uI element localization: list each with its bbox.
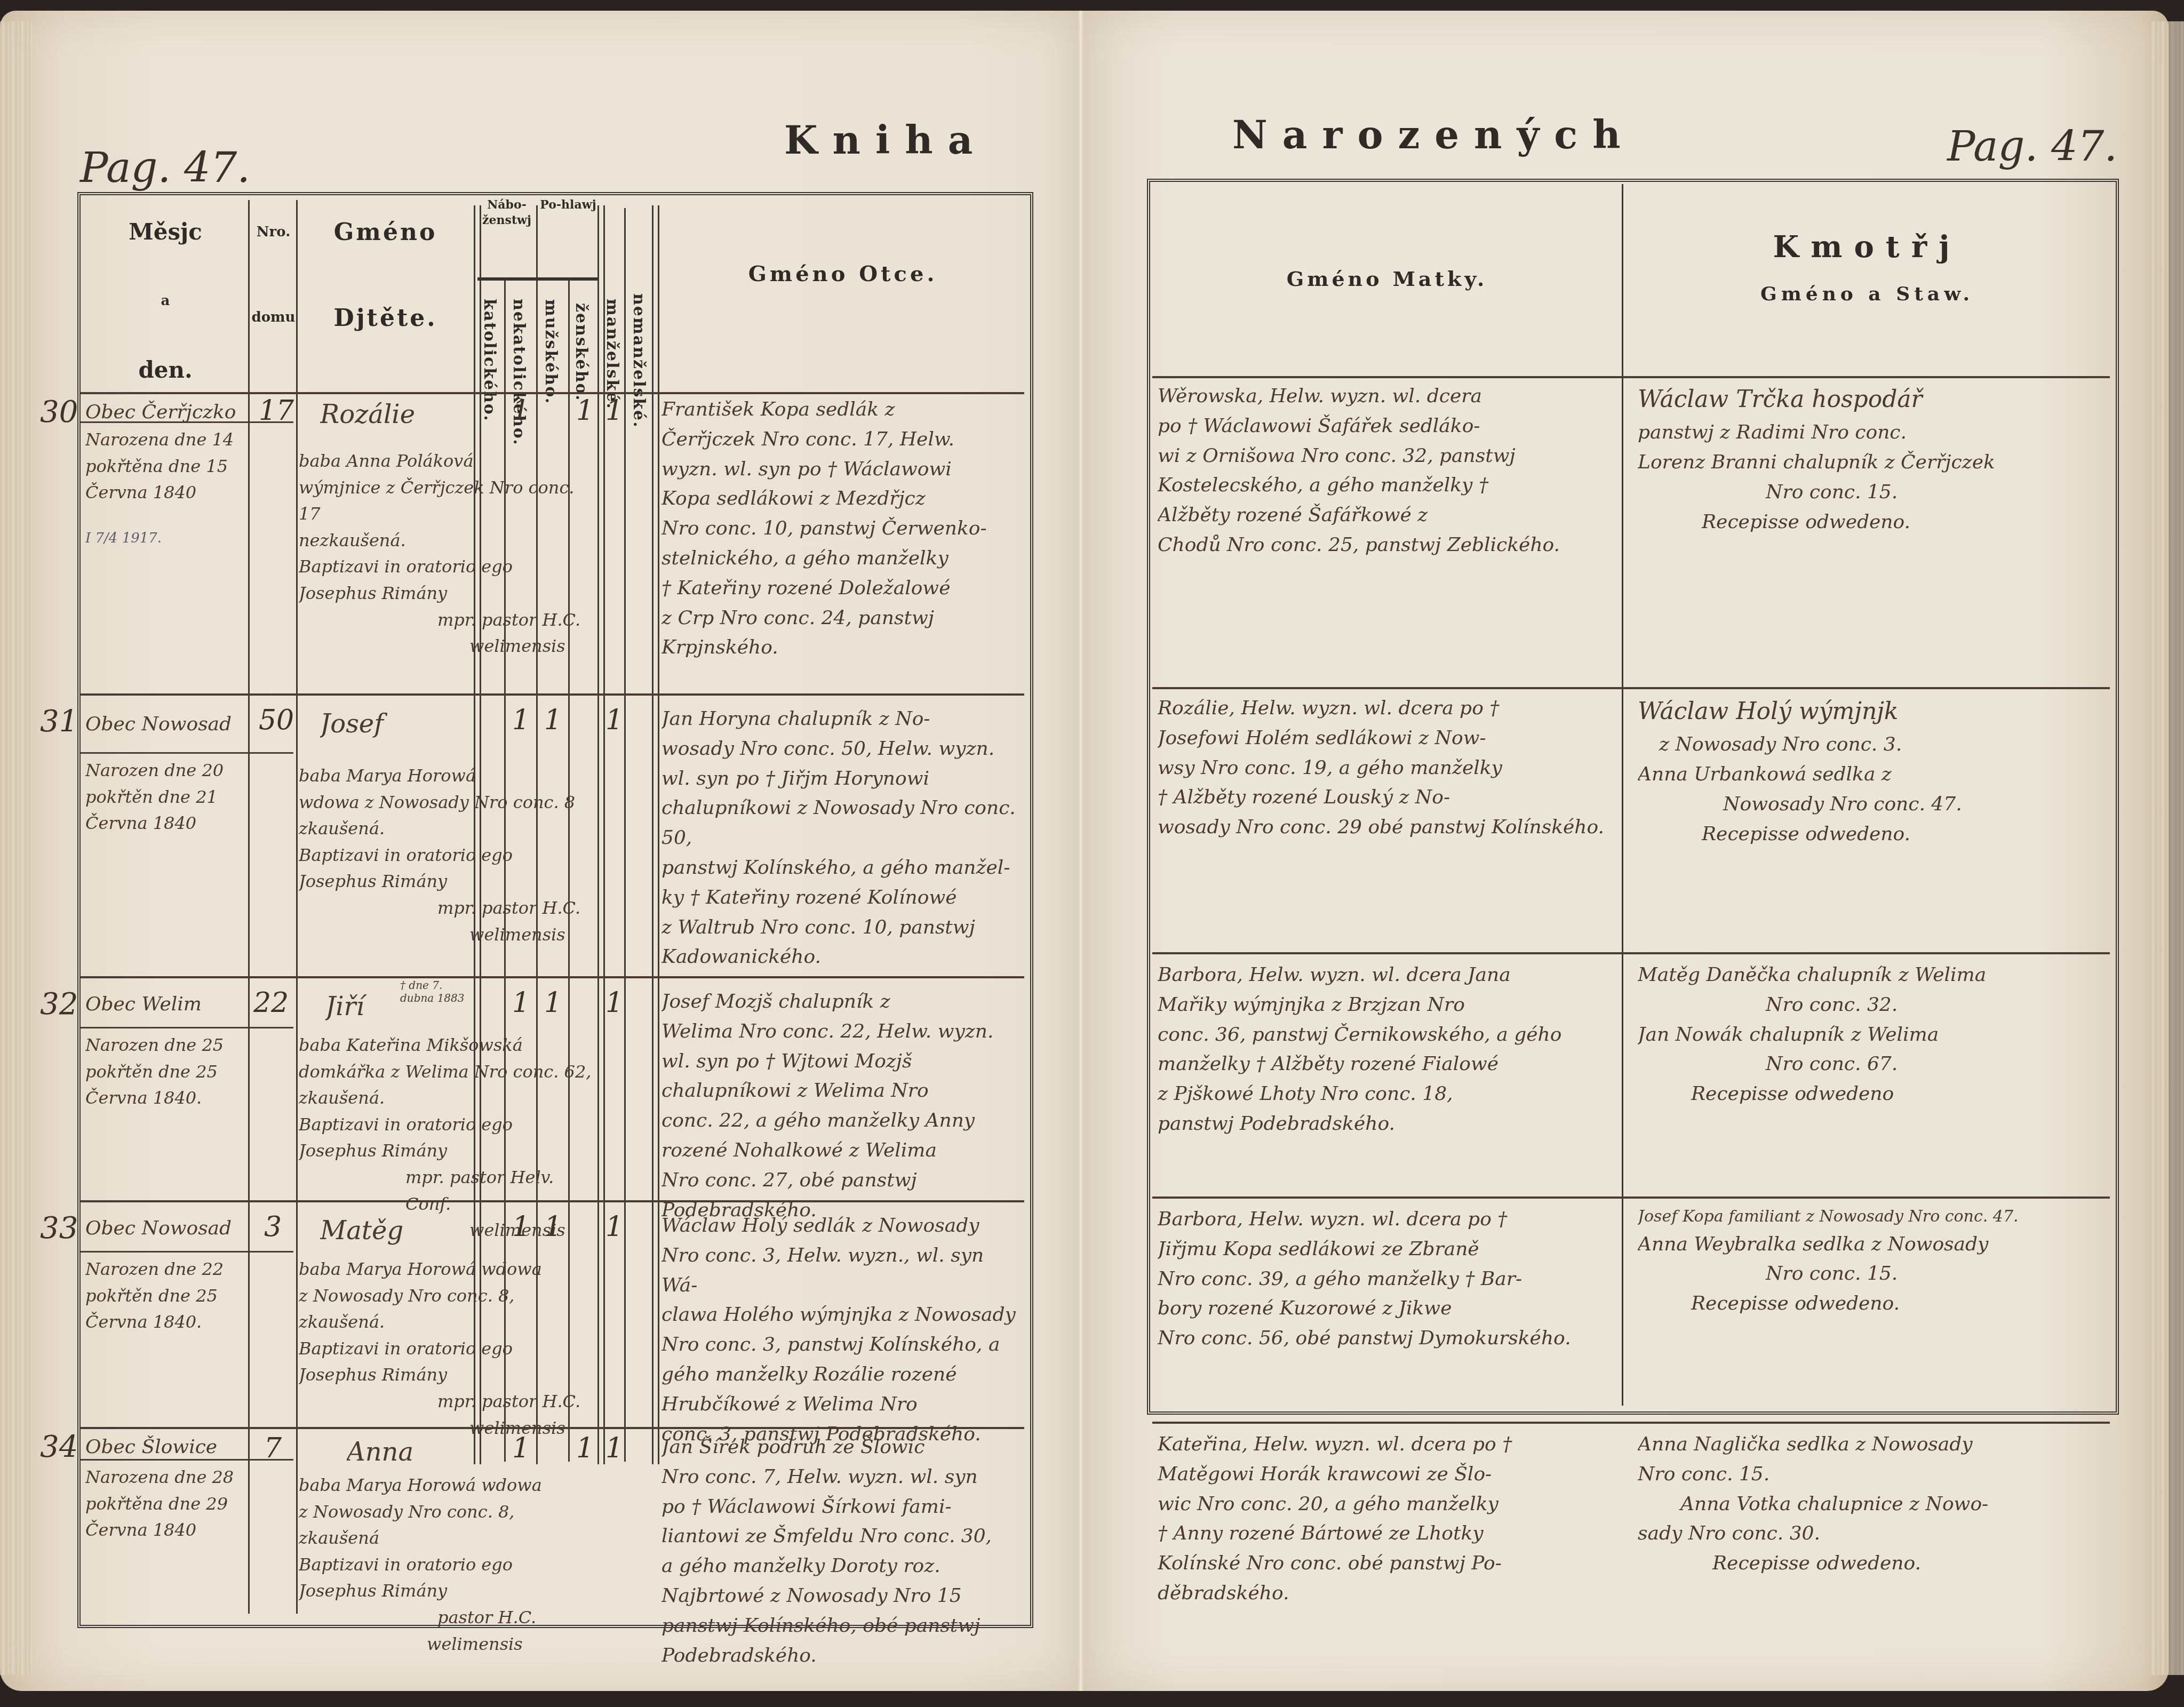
entry-dates: Narozena dne 14 pokřtěna dne 15 Června 1… [85,427,245,549]
mark-non-catholic: 1 [512,1211,530,1243]
header-legitimate: manželské. [603,299,621,405]
father-details: Jan Horyna chalupník z No-wosady Nro con… [661,704,1024,972]
page-number-right: Pag. 47. [1947,123,2117,171]
title-left: Kniha [784,117,987,163]
mark-male: 1 [544,704,562,736]
mark-non-catholic: 1 [512,1432,530,1464]
mark-non-catholic: 1 [512,395,530,427]
header-male: mužského. [541,299,560,405]
row-separator [1152,952,2110,954]
mark-female: 1 [576,1432,594,1464]
header-subdivider [477,277,597,281]
entry-place: Obec Šlowice [85,1432,245,1462]
mark-non-catholic: 1 [512,987,530,1019]
right-page-edges [2150,21,2184,1675]
midwife-baptism: baba Anna Poláková wýmjnice z Čerřjczek … [299,448,597,660]
place-date-divider [80,1251,293,1253]
entry-place: Obec Čerřjczko [85,397,245,427]
child-name: Anna [347,1432,469,1472]
entry-dates: Narozen dne 20 pokřtěn dne 21 Června 184… [85,757,245,837]
row-separator [80,976,1024,978]
mark-legitimate: 1 [605,395,623,427]
father-details: Wáclaw Holý sedlák z NowosadyNro conc. 3… [661,1211,1024,1449]
row-separator [1152,376,2110,378]
mother-details: Kateřina, Helw. wyzn. wl. dcera po †Matě… [1158,1430,1622,1608]
entry-number: 33 [40,1211,78,1246]
header-catholic: katolického. [480,299,499,405]
col-divider [1622,184,1623,1406]
entry-place: Obec Nowosad [85,709,245,739]
godparents-details: Wáclaw Trčka hospodář panstwj z Radimi N… [1638,381,2107,537]
header-child: Gméno Djtěte. [299,219,472,332]
left-page-edges [0,21,32,1675]
header-religion: Nábo-ženstwj [477,197,536,228]
book-gutter [1078,11,1084,1691]
mark-legitimate: 1 [605,1211,623,1243]
mark-female: 1 [576,395,594,427]
house-number: 17 [259,395,294,427]
row-separator [80,392,1024,394]
house-number: 7 [264,1432,282,1464]
entry-place: Obec Welim [85,990,245,1019]
mark-male: 1 [544,1211,562,1243]
col-divider [296,200,298,1614]
house-number: 3 [264,1211,282,1243]
header-father: Gméno Otce. [661,261,1024,286]
entry-dates: Narozen dne 25 pokřtěn dne 25 Června 184… [85,1032,245,1112]
title-right: Narozených [1232,112,1636,157]
mother-details: Barbora, Helw. wyzn. wl. dcera JanaMařik… [1158,960,1616,1139]
row-separator [1152,1422,2110,1424]
entry-dates: Narozena dne 28 pokřtěna dne 29 Června 1… [85,1464,245,1544]
header-mother: Gméno Matky. [1158,267,1616,291]
header-non-catholic: nekatolického. [509,299,528,405]
mark-male: 1 [544,987,562,1019]
child-name: Matěg [320,1211,469,1250]
place-date-divider [80,752,293,754]
mother-details: Wěrowska, Helw. wyzn. wl. dcerapo † Wácl… [1158,381,1616,560]
child-name: Jiří [325,987,405,1026]
col-divider [624,208,626,1462]
row-separator [1152,687,2110,689]
mark-non-catholic: 1 [512,704,530,736]
child-name: Rozálie [320,395,469,434]
godparents-details: Anna Naglička sedlka z Nowosady Nro conc… [1638,1430,2118,1578]
header-sex: Po-hlawj [539,197,597,213]
mother-details: Rozálie, Helw. wyzn. wl. dcera po †Josef… [1158,693,1616,842]
entry-number: 31 [40,704,78,739]
father-details: František Kopa sedlák zČerřjczek Nro con… [661,395,1024,663]
header-month: Měsjc a den. [85,219,245,383]
row-separator [1152,1197,2110,1199]
entry-number: 30 [40,395,78,429]
entry-number: 34 [40,1430,78,1464]
midwife-baptism: baba Marya Horowá wdowa z Nowosady Nro c… [299,1256,597,1441]
entry-place: Obec Nowosad [85,1214,245,1243]
house-number: 22 [253,987,289,1019]
header-illegitimate: nemanželské. [629,293,648,405]
child-death-note: † dne 7. dubna 1883 [400,979,469,1004]
mother-details: Barbora, Helw. wyzn. wl. dcera po †Jiřjm… [1158,1205,1616,1353]
row-separator [80,693,1024,696]
page-number-left: Pag. 47. [80,144,250,192]
child-name: Josef [320,704,469,744]
col-divider [248,200,250,1614]
father-details: Josef Mozjš chalupník zWelima Nro conc. … [661,987,1024,1225]
place-date-divider [80,1027,293,1028]
header-female: ženského. [572,299,591,405]
godparents-details: Wáclaw Holý wýmjnjk z Nowosady Nro conc.… [1638,693,2107,849]
godparents-details: Matěg Daněčka chalupník z Welima Nro con… [1638,960,2107,1109]
mark-legitimate: 1 [605,1432,623,1464]
mark-legitimate: 1 [605,704,623,736]
godparents-details: Josef Kopa familiant z Nowosady Nro conc… [1638,1205,2107,1319]
father-details: Jan Šírek podruh ze ŠlowicNro conc. 7, H… [661,1432,1035,1670]
header-godparents-sub: Gméno a Staw. [1627,283,2107,305]
midwife-baptism: baba Marya Horowá wdowa z Nowosady Nro c… [299,763,597,948]
mark-legitimate: 1 [605,987,623,1019]
midwife-baptism: baba Marya Horowá wdowa z Nowosady Nro c… [299,1472,597,1657]
header-godparents: Kmotřj [1627,229,2107,265]
entry-dates: Narozen dne 22 pokřtěn dne 25 Června 184… [85,1256,245,1336]
entry-number: 32 [40,987,78,1022]
header-house: Nro. domu [251,224,296,325]
col-divider [652,205,659,1464]
house-number: 50 [259,704,294,736]
